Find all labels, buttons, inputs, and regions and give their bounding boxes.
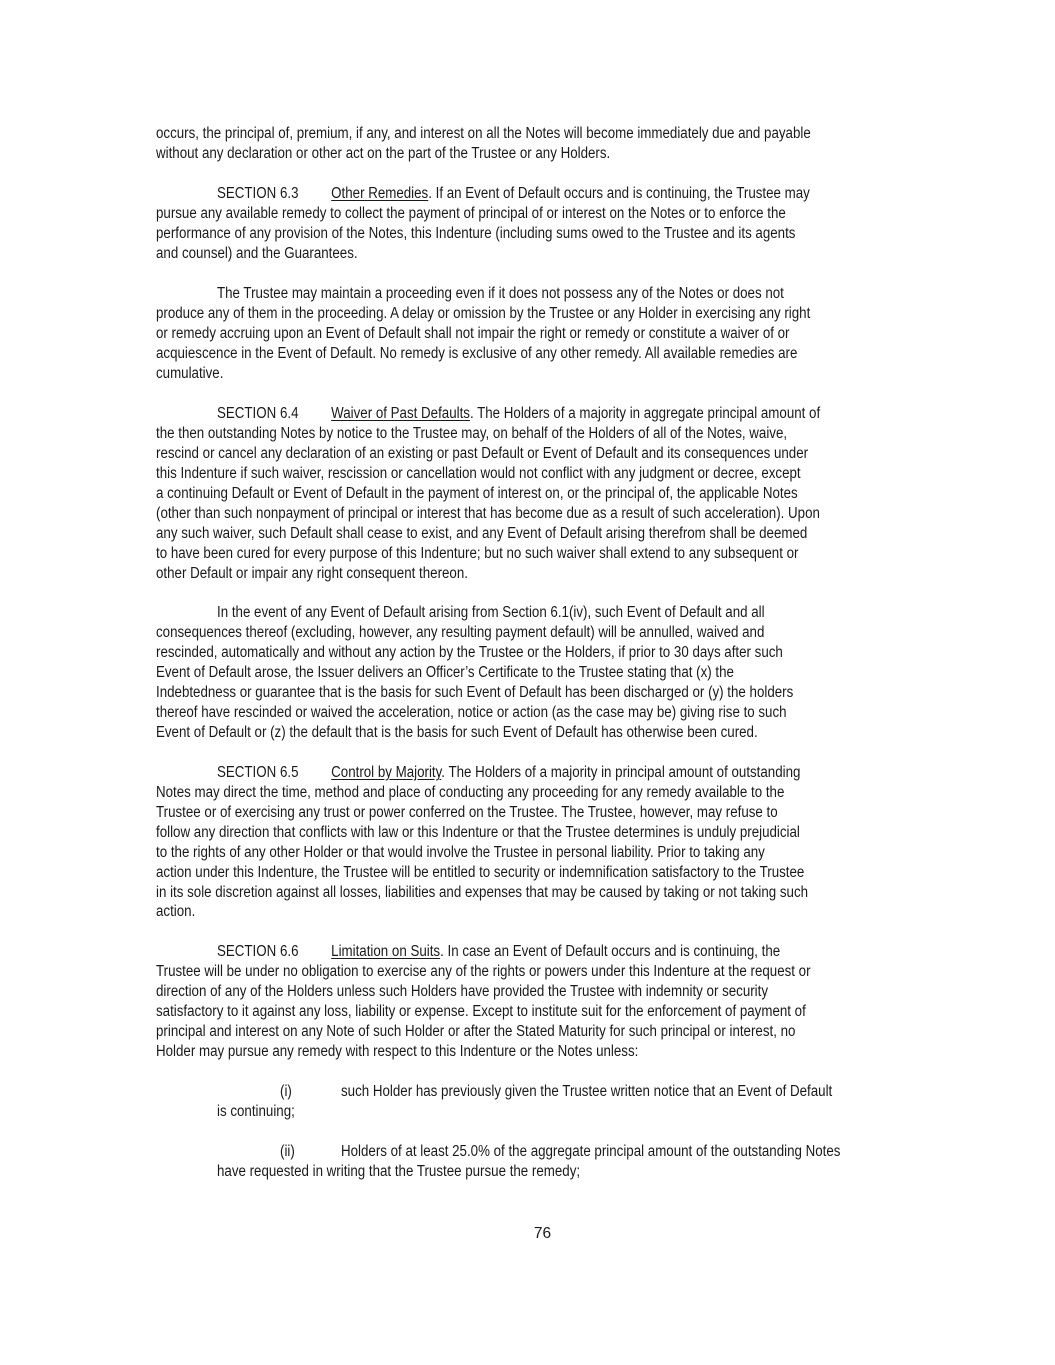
- paragraph-line: Event of Default or (z) the default that…: [156, 723, 758, 743]
- section-heading: Waiver of Past Defaults: [331, 405, 470, 422]
- section-6-4-first-line: SECTION 6.4Waiver of Past Defaults. The …: [217, 404, 820, 424]
- paragraph-line: performance of any provision of the Note…: [156, 224, 795, 244]
- document-page: occurs, the principal of, premium, if an…: [0, 0, 1055, 1365]
- paragraph-line: to the rights of any other Holder or tha…: [156, 843, 765, 863]
- section-6-5-first-line: SECTION 6.5Control by Majority. The Hold…: [217, 763, 800, 783]
- paragraph-line: (other than such nonpayment of principal…: [156, 504, 820, 524]
- paragraph-line: Indebtedness or guarantee that is the ba…: [156, 683, 793, 703]
- paragraph-line: any such waiver, such Default shall ceas…: [156, 524, 807, 544]
- section-heading: Limitation on Suits: [331, 943, 440, 960]
- paragraph-line: direction of any of the Holders unless s…: [156, 982, 768, 1002]
- paragraph-line: thereof have rescinded or waived the acc…: [156, 703, 787, 723]
- paragraph-line: rescind or cancel any declaration of an …: [156, 444, 808, 464]
- clause-i-label: (i): [280, 1082, 292, 1102]
- paragraph-line: without any declaration or other act on …: [156, 144, 610, 164]
- paragraph-line: Trustee will be under no obligation to e…: [156, 962, 811, 982]
- paragraph-line: in its sole discretion against all losse…: [156, 883, 808, 903]
- paragraph-line: action.: [156, 902, 195, 922]
- paragraph-line: The Trustee may maintain a proceeding ev…: [217, 284, 784, 304]
- paragraph-line: rescinded, automatically and without any…: [156, 643, 783, 663]
- paragraph-line: acquiescence in the Event of Default. No…: [156, 344, 797, 364]
- paragraph-line: Trustee or of exercising any trust or po…: [156, 803, 778, 823]
- section-label: SECTION 6.3: [217, 185, 298, 202]
- section-6-3-first-line: SECTION 6.3Other Remedies. If an Event o…: [217, 184, 810, 204]
- paragraph-line: In the event of any Event of Default ari…: [217, 603, 765, 623]
- section-heading: Control by Majority: [331, 764, 441, 781]
- section-heading: Other Remedies: [331, 185, 428, 202]
- section-label: SECTION 6.5: [217, 764, 298, 781]
- clause-ii-continuation: have requested in writing that the Trust…: [217, 1162, 580, 1182]
- paragraph-line: produce any of them in the proceeding. A…: [156, 304, 810, 324]
- paragraph-line: action under this Indenture, the Trustee…: [156, 863, 804, 883]
- paragraph-line: satisfactory to it against any loss, lia…: [156, 1002, 806, 1022]
- paragraph-line: to have been cured for every purpose of …: [156, 544, 798, 564]
- paragraph-line: principal and interest on any Note of su…: [156, 1022, 795, 1042]
- section-text: . The Holders of a majority in aggregate…: [470, 405, 820, 422]
- paragraph-line: or remedy accruing upon an Event of Defa…: [156, 324, 789, 344]
- paragraph-line: cumulative.: [156, 364, 223, 384]
- section-label: SECTION 6.6: [217, 943, 298, 960]
- paragraph-line: Holder may pursue any remedy with respec…: [156, 1042, 638, 1062]
- page-number: 76: [0, 1224, 1055, 1244]
- paragraph-line: this Indenture if such waiver, rescissio…: [156, 464, 801, 484]
- section-text: . In case an Event of Default occurs and…: [440, 943, 780, 960]
- section-text: . The Holders of a majority in principal…: [441, 764, 800, 781]
- paragraph-line: pursue any available remedy to collect t…: [156, 204, 786, 224]
- paragraph-line: other Default or impair any right conseq…: [156, 564, 468, 584]
- paragraph-line: occurs, the principal of, premium, if an…: [156, 124, 811, 144]
- section-6-6-first-line: SECTION 6.6Limitation on Suits. In case …: [217, 942, 780, 962]
- paragraph-line: the then outstanding Notes by notice to …: [156, 424, 787, 444]
- paragraph-line: Event of Default arose, the Issuer deliv…: [156, 663, 734, 683]
- clause-ii-label: (ii): [280, 1142, 295, 1162]
- section-label: SECTION 6.4: [217, 405, 298, 422]
- clause-i-text: such Holder has previously given the Tru…: [341, 1082, 832, 1102]
- paragraph-line: consequences thereof (excluding, however…: [156, 623, 764, 643]
- clause-ii-text: Holders of at least 25.0% of the aggrega…: [341, 1142, 840, 1162]
- clause-i-continuation: is continuing;: [217, 1102, 295, 1122]
- paragraph-line: Notes may direct the time, method and pl…: [156, 783, 784, 803]
- paragraph-line: and counsel) and the Guarantees.: [156, 244, 358, 264]
- paragraph-line: a continuing Default or Event of Default…: [156, 484, 798, 504]
- paragraph-line: follow any direction that conflicts with…: [156, 823, 800, 843]
- section-text: . If an Event of Default occurs and is c…: [428, 185, 810, 202]
